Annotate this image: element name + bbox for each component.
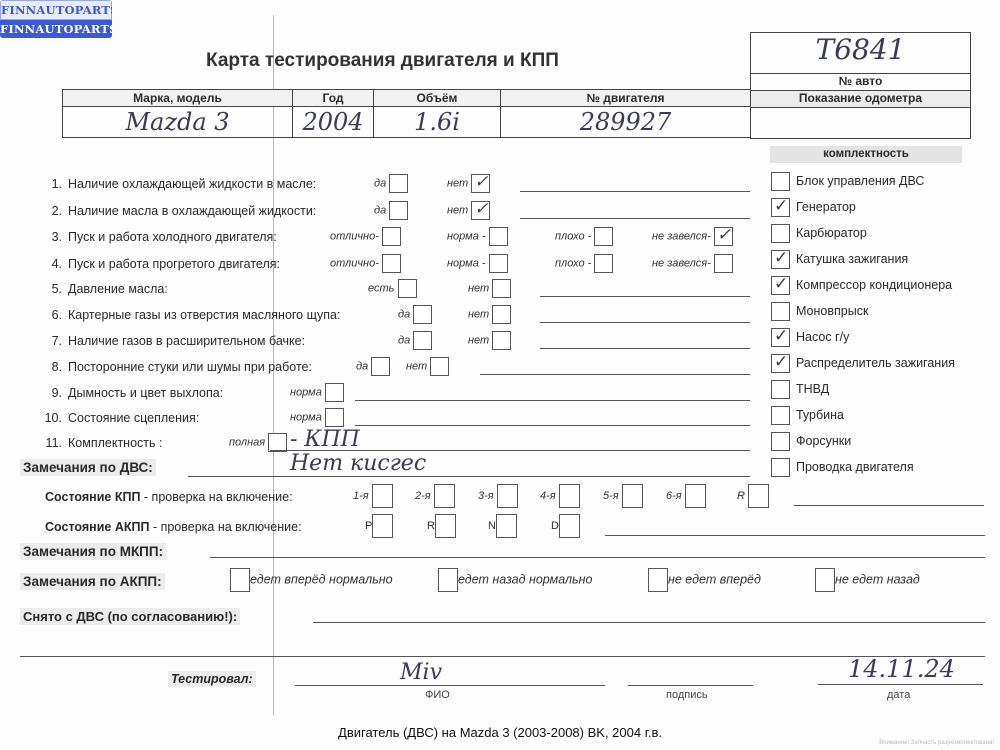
question-number: 2. (40, 204, 62, 218)
kpp-gear-1[interactable]: 1-я (353, 484, 393, 508)
engine-number-value: 289927 (501, 107, 751, 138)
kpp-gear-5[interactable]: 5-я (603, 484, 643, 508)
komplektnost-item-label: Проводка двигателя (796, 460, 914, 474)
removed-label: Снято с ДВС (по согласованию!): (20, 608, 240, 625)
option-label: нет (468, 334, 489, 346)
option-label: плохо - (555, 230, 591, 242)
kpp-gear-2[interactable]: 2-я (415, 484, 455, 508)
signature-line[interactable] (628, 685, 753, 686)
question-5: 5.Давление масла: (40, 282, 168, 296)
kpp-gear-7[interactable]: R (737, 484, 769, 508)
question-2-option-2[interactable]: нет (447, 201, 490, 220)
option-label: отлично- (330, 230, 379, 242)
gear-label: N (488, 520, 496, 532)
checkbox[interactable] (325, 408, 344, 427)
question-number: 7. (40, 334, 62, 348)
akpp-notes-line[interactable] (605, 535, 985, 536)
question-3-option-3[interactable]: плохо - (555, 227, 613, 246)
option-label: норма - (447, 257, 486, 269)
question-text: Картерные газы из отверстия масляного щу… (68, 308, 340, 322)
question-4-option-1[interactable]: отлично- (330, 254, 401, 273)
question-1-notes-line[interactable] (520, 191, 750, 192)
question-number: 9. (40, 386, 62, 400)
checkbox[interactable] (714, 227, 733, 246)
komplektnost-item-label: ТНВД (796, 382, 829, 396)
question-text: Комплектность : (68, 436, 162, 450)
checkbox[interactable] (648, 568, 668, 592)
option-label: нет (406, 360, 427, 372)
question-text: Наличие охлаждающей жидкости в масле: (68, 177, 316, 191)
gear-label: 3-я (478, 490, 494, 502)
checkbox[interactable] (372, 484, 393, 508)
gear-label: R (737, 490, 745, 502)
checkbox[interactable] (435, 514, 456, 538)
checkbox[interactable] (771, 354, 790, 373)
option-label: не едет назад (835, 572, 920, 586)
date-line[interactable] (818, 684, 983, 685)
checkbox[interactable] (389, 174, 408, 193)
checkbox[interactable] (748, 484, 769, 508)
odometer-label: Показание одометра (751, 91, 970, 108)
signature-label: подпись (666, 689, 708, 701)
option-label: норма - (447, 230, 486, 242)
question-2: 2.Наличие масла в охлаждающей жидкости: (40, 204, 316, 218)
komplektnost-item-label: Насос г/у (796, 330, 849, 344)
checkbox[interactable] (815, 568, 835, 592)
question-text: Пуск и работа прогретого двигателя: (68, 257, 280, 271)
option-label: да (374, 204, 386, 216)
option-label: да (398, 308, 410, 320)
question-5-option-1[interactable]: есть (368, 279, 417, 298)
question-number: 5. (40, 282, 62, 296)
gear-label: 5-я (603, 490, 619, 502)
tester-fio-value: Miv (400, 660, 442, 685)
remarks-akpp-label: Замечания по АКПП: (20, 573, 165, 590)
removed-line-2[interactable] (20, 656, 985, 657)
remarks-dvs-value: Нет кисгес (290, 451, 426, 476)
question-3-option-4[interactable]: не завелся- (652, 227, 733, 246)
option-label: да (356, 360, 368, 372)
tester-fio-line[interactable] (295, 685, 605, 686)
komplektnost-item[interactable]: Генератор (771, 198, 856, 217)
checkbox[interactable] (771, 432, 790, 451)
checkbox[interactable] (372, 514, 393, 538)
komplektnost-item-label: Компрессор кондиционера (796, 278, 952, 292)
komplektnost-item-label: Распределитель зажигания (796, 356, 955, 370)
checkbox[interactable] (492, 331, 511, 350)
option-label: норма (290, 411, 322, 423)
option-label: отлично- (330, 257, 379, 269)
remarks-mkpp-line[interactable] (210, 557, 985, 558)
checkbox[interactable] (325, 383, 344, 402)
checkbox[interactable] (771, 250, 790, 269)
option-label: нет (468, 308, 489, 320)
question-text: Пуск и работа холодного двигателя: (68, 230, 277, 244)
image-caption: Двигатель (ДВС) на Mazda 3 (2003-2008) B… (0, 725, 1000, 740)
col-make-model: Марка, модель (63, 90, 293, 107)
kpp-gear-4[interactable]: 4-я (540, 484, 580, 508)
checkbox[interactable] (594, 227, 613, 246)
komplektnost-item-label: Турбина (796, 408, 844, 422)
auto-number-box: T6841 № авто Показание одометра (750, 32, 971, 139)
checkbox[interactable] (434, 484, 455, 508)
question-7-option-2[interactable]: нет (468, 331, 511, 350)
auto-number-value: T6841 (751, 33, 970, 74)
logo-line-1: FINNAUTOPARTS (0, 0, 112, 20)
question-2-option-1[interactable]: да (374, 201, 408, 220)
checkbox[interactable] (685, 484, 706, 508)
question-9-option-1[interactable]: норма (290, 383, 344, 402)
logo: FINNAUTOPARTS FINNAUTOPARTS (0, 0, 112, 38)
option-label: норма (290, 386, 322, 398)
checkbox[interactable] (398, 279, 417, 298)
option-label: нет (468, 282, 489, 294)
komplektnost-item-label: Катушка зажигания (796, 252, 908, 266)
question-6-option-2[interactable]: нет (468, 305, 511, 324)
question-text: Давление масла: (68, 282, 168, 296)
checkbox[interactable] (413, 331, 432, 350)
akpp-remark-option-2[interactable]: едет назад нормально (438, 568, 592, 592)
col-engine-number: № двигателя (501, 90, 751, 107)
akpp-gear-2[interactable]: R (427, 514, 456, 538)
checkbox[interactable] (559, 514, 580, 538)
kpp-notes-line[interactable] (794, 505, 984, 506)
option-label: не едет вперёд (668, 572, 761, 586)
make-model-value: Mazda 3 (63, 107, 293, 138)
question-1: 1.Наличие охлаждающей жидкости в масле: (40, 177, 316, 191)
question-4-option-2[interactable]: норма - (447, 254, 508, 273)
question-2-notes-line[interactable] (520, 218, 750, 219)
question-6: 6.Картерные газы из отверстия масляного … (40, 308, 340, 322)
komplektnost-item[interactable]: Блок управления ДВС (771, 172, 924, 191)
checkbox[interactable] (438, 568, 458, 592)
question-4-option-4[interactable]: не завелся- (652, 254, 733, 273)
komplektnost-item[interactable]: Турбина (771, 406, 844, 425)
akpp-remark-option-4[interactable]: не едет назад (815, 568, 920, 592)
komplektnost-header: комплектность (770, 146, 962, 163)
checkbox[interactable] (382, 227, 401, 246)
question-number: 8. (40, 360, 62, 374)
option-label: нет (447, 204, 468, 216)
question-number: 1. (40, 177, 62, 191)
komplektnost-item-label: Генератор (796, 200, 856, 214)
checkbox[interactable] (594, 254, 613, 273)
checkbox[interactable] (471, 174, 490, 193)
question-3-option-1[interactable]: отлично- (330, 227, 401, 246)
kpp-gear-6[interactable]: 6-я (666, 484, 706, 508)
question-7: 7.Наличие газов в расширительном бачке: (40, 334, 305, 348)
question-number: 10. (40, 411, 62, 425)
checkbox[interactable] (771, 380, 790, 399)
option-label: да (374, 177, 386, 189)
question-text: Состояние сцепления: (68, 411, 199, 425)
checkbox[interactable] (622, 484, 643, 508)
checkbox[interactable] (771, 406, 790, 425)
question-6-notes-line[interactable] (540, 322, 750, 323)
gear-label: 4-я (540, 490, 556, 502)
question-text: Дымность и цвет выхлопа: (68, 386, 223, 400)
question-10-notes-line[interactable] (355, 425, 750, 426)
volume-value: 1.6i (374, 107, 501, 138)
question-4-option-3[interactable]: плохо - (555, 254, 613, 273)
fio-label: ФИО (425, 689, 450, 701)
question-7-notes-line[interactable] (540, 348, 750, 349)
remarks-dvs-label: Замечания по ДВС: (20, 459, 156, 476)
gear-label: 2-я (415, 490, 431, 502)
removed-line[interactable] (313, 622, 985, 623)
question-6-option-1[interactable]: да (398, 305, 432, 324)
checkbox[interactable] (771, 224, 790, 243)
option-label: едет назад нормально (458, 572, 592, 586)
komplektnost-item-label: Карбюратор (796, 226, 867, 240)
question-text: Наличие масла в охлаждающей жидкости: (68, 204, 316, 218)
kpp-gear-3[interactable]: 3-я (478, 484, 518, 508)
gear-label: R (427, 520, 435, 532)
gear-label: 6-я (666, 490, 682, 502)
checkbox[interactable] (389, 201, 408, 220)
question-text: Посторонние стуки или шумы при работе: (68, 360, 312, 374)
akpp-label: Состояние АКПП - проверка на включение: (45, 520, 302, 534)
question-10: 10.Состояние сцепления: (40, 411, 199, 425)
option-label: есть (368, 282, 394, 294)
question-8-option-2[interactable]: нет (406, 357, 449, 376)
question-10-option-1[interactable]: норма (290, 408, 344, 427)
checkbox[interactable] (559, 484, 580, 508)
auto-number-label: № авто (751, 74, 970, 91)
checkbox[interactable] (489, 227, 508, 246)
question-1-option-2[interactable]: нет (447, 174, 490, 193)
akpp-gear-1[interactable]: P (365, 514, 393, 538)
question-3-option-2[interactable]: норма - (447, 227, 508, 246)
akpp-gear-4[interactable]: D (551, 514, 580, 538)
checkbox[interactable] (430, 357, 449, 376)
watermark: Внимание! Запчасть разукомплектована! (879, 740, 994, 746)
question-5-option-2[interactable]: нет (468, 279, 511, 298)
gear-label: D (551, 520, 559, 532)
komplektnost-item[interactable]: Форсунки (771, 432, 851, 451)
remarks-dvs-line[interactable] (188, 476, 750, 477)
question-text: Наличие газов в расширительном бачке: (68, 334, 305, 348)
option-label: нет (447, 177, 468, 189)
checkbox[interactable] (413, 305, 432, 324)
checkbox[interactable] (382, 254, 401, 273)
date-label: дата (887, 689, 910, 701)
checkbox[interactable] (497, 484, 518, 508)
logo-line-2: FINNAUTOPARTS (0, 20, 112, 38)
gear-label: P (365, 520, 372, 532)
option-label: не завелся- (652, 257, 711, 269)
question-number: 6. (40, 308, 62, 322)
komplektnost-item[interactable]: Карбюратор (771, 224, 867, 243)
question-11: 11.Комплектность : (40, 436, 162, 450)
question-number: 3. (40, 230, 62, 244)
checkbox[interactable] (771, 302, 790, 321)
checkbox[interactable] (371, 357, 390, 376)
test-date-value: 14.11.24 (848, 655, 955, 683)
komplektnost-item[interactable]: Распределитель зажигания (771, 354, 955, 373)
vehicle-header-table: Марка, модель Год Объём № двигателя Mazd… (62, 89, 751, 138)
col-year: Год (293, 90, 374, 107)
komplektnost-item-label: Форсунки (796, 434, 851, 448)
checkbox[interactable] (771, 198, 790, 217)
komplektnost-item-label: Моновпрыск (796, 304, 868, 318)
question-number: 11. (40, 436, 62, 450)
checkbox[interactable] (471, 201, 490, 220)
akpp-remark-option-1[interactable]: едет вперёд нормально (230, 568, 393, 592)
komplektnost-item[interactable]: ТНВД (771, 380, 829, 399)
option-label: да (398, 334, 410, 346)
question-number: 4. (40, 257, 62, 271)
checkbox[interactable] (771, 328, 790, 347)
question-3: 3.Пуск и работа холодного двигателя: (40, 230, 277, 244)
question-8-notes-line[interactable] (480, 374, 750, 375)
checkbox[interactable] (771, 172, 790, 191)
remarks-mkpp-label: Замечания по МКПП: (20, 543, 166, 560)
komplektnost-item-label: Блок управления ДВС (796, 174, 924, 188)
page-title: Карта тестирования двигателя и КПП (206, 50, 559, 72)
komplektnost-item[interactable]: Моновпрыск (771, 302, 868, 321)
question-11-note: - КПП (290, 427, 360, 452)
question-9-notes-line[interactable] (355, 400, 750, 401)
kpp-label: Состояние КПП - проверка на включение: (45, 490, 293, 504)
question-4: 4.Пуск и работа прогретого двигателя: (40, 257, 280, 271)
komplektnost-item[interactable]: Насос г/у (771, 328, 849, 347)
option-label: полная (229, 436, 265, 448)
checkbox[interactable] (714, 254, 733, 273)
option-label: не завелся- (652, 230, 711, 242)
question-5-notes-line[interactable] (540, 296, 750, 297)
question-9: 9.Дымность и цвет выхлопа: (40, 386, 223, 400)
checkbox[interactable] (492, 305, 511, 324)
checkbox[interactable] (230, 568, 250, 592)
year-value: 2004 (293, 107, 374, 138)
akpp-remark-option-3[interactable]: не едет вперёд (648, 568, 761, 592)
question-7-option-1[interactable]: да (398, 331, 432, 350)
checkbox[interactable] (771, 276, 790, 295)
option-label: едет вперёд нормально (250, 572, 393, 586)
question-1-option-1[interactable]: да (374, 174, 408, 193)
akpp-gear-3[interactable]: N (488, 514, 517, 538)
checkbox[interactable] (496, 514, 517, 538)
checkbox[interactable] (492, 279, 511, 298)
question-8-option-1[interactable]: да (356, 357, 390, 376)
tested-label: Тестировал: (168, 671, 256, 687)
checkbox[interactable] (771, 458, 790, 477)
komplektnost-item[interactable]: Проводка двигателя (771, 458, 914, 477)
gear-label: 1-я (353, 490, 369, 502)
option-label: плохо - (555, 257, 591, 269)
col-volume: Объём (374, 90, 501, 107)
komplektnost-item[interactable]: Катушка зажигания (771, 250, 908, 269)
question-8: 8.Посторонние стуки или шумы при работе: (40, 360, 312, 374)
komplektnost-item[interactable]: Компрессор кондиционера (771, 276, 952, 295)
checkbox[interactable] (489, 254, 508, 273)
odometer-value (751, 108, 970, 138)
